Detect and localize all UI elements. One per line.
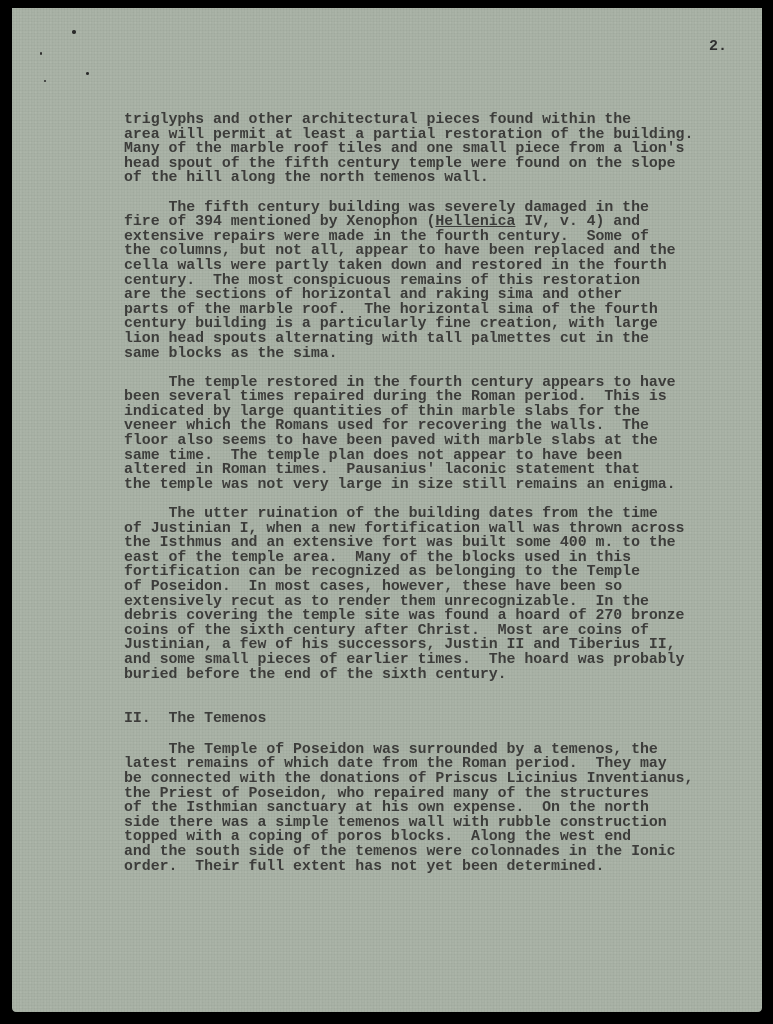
text-line: cella walls were partly taken down and r… bbox=[124, 259, 724, 274]
text-line: the Isthmus and an extensive fort was bu… bbox=[124, 536, 724, 551]
text-line: indicated by large quantities of thin ma… bbox=[124, 405, 724, 420]
section-heading: II. The Temenos bbox=[124, 712, 724, 727]
text-line: order. Their full extent has not yet bee… bbox=[124, 860, 724, 875]
text-line: and the south side of the temenos were c… bbox=[124, 845, 724, 860]
text-line: fire of 394 mentioned by Xenophon (Helle… bbox=[124, 215, 724, 230]
text-line: Justinian, a few of his successors, Just… bbox=[124, 638, 724, 653]
text-segment: IV, v. 4) and bbox=[515, 214, 640, 230]
paragraph-temenos: The Temple of Poseidon was surrounded by… bbox=[124, 743, 724, 874]
text-line: east of the temple area. Many of the blo… bbox=[124, 551, 724, 566]
paragraph-2: The fifth century building was severely … bbox=[124, 201, 724, 362]
text-line: extensively recut as to render them unre… bbox=[124, 595, 724, 610]
text-line: floor also seems to have been paved with… bbox=[124, 434, 724, 449]
ink-speck bbox=[44, 80, 46, 82]
text-line: are the sections of horizontal and rakin… bbox=[124, 288, 724, 303]
paragraph-3: The temple restored in the fourth centur… bbox=[124, 376, 724, 493]
text-line: parts of the marble roof. The horizontal… bbox=[124, 303, 724, 318]
text-line: lion head spouts alternating with tall p… bbox=[124, 332, 724, 347]
text-line: The Temple of Poseidon was surrounded by… bbox=[124, 743, 724, 758]
text-line: of Justinian I, when a new fortification… bbox=[124, 522, 724, 537]
document-body: triglyphs and other architectural pieces… bbox=[124, 113, 724, 889]
text-line: extensive repairs were made in the fourt… bbox=[124, 230, 724, 245]
ink-speck bbox=[40, 52, 42, 55]
text-line: of the hill along the north temenos wall… bbox=[124, 171, 724, 186]
text-line: buried before the end of the sixth centu… bbox=[124, 668, 724, 683]
text-line: head spout of the fifth century temple w… bbox=[124, 157, 724, 172]
text-line: The temple restored in the fourth centur… bbox=[124, 376, 724, 391]
text-segment: fire of 394 mentioned by Xenophon ( bbox=[124, 214, 435, 230]
text-line: topped with a coping of poros blocks. Al… bbox=[124, 830, 724, 845]
text-line: same blocks as the sima. bbox=[124, 347, 724, 362]
text-line: been several times repaired during the R… bbox=[124, 390, 724, 405]
text-line: coins of the sixth century after Christ.… bbox=[124, 624, 724, 639]
text-line: The utter ruination of the building date… bbox=[124, 507, 724, 522]
underlined-title: Hellenica bbox=[435, 214, 515, 230]
ink-speck bbox=[86, 72, 89, 75]
text-line: The fifth century building was severely … bbox=[124, 201, 724, 216]
text-line: century. The most conspicuous remains of… bbox=[124, 274, 724, 289]
text-line: altered in Roman times. Pausanius' lacon… bbox=[124, 463, 724, 478]
text-line: of Poseidon. In most cases, however, the… bbox=[124, 580, 724, 595]
text-line: veneer which the Romans used for recover… bbox=[124, 419, 724, 434]
text-line: latest remains of which date from the Ro… bbox=[124, 757, 724, 772]
text-line: Many of the marble roof tiles and one sm… bbox=[124, 142, 724, 157]
text-line: of the Isthmian sanctuary at his own exp… bbox=[124, 801, 724, 816]
text-line: triglyphs and other architectural pieces… bbox=[124, 113, 724, 128]
text-line: and some small pieces of earlier times. … bbox=[124, 653, 724, 668]
ink-speck bbox=[72, 30, 76, 34]
paragraph-1: triglyphs and other architectural pieces… bbox=[124, 113, 724, 186]
paragraph-4: The utter ruination of the building date… bbox=[124, 507, 724, 682]
text-line: debris covering the temple site was foun… bbox=[124, 609, 724, 624]
page-number: 2. bbox=[709, 38, 727, 55]
text-line: the temple was not very large in size st… bbox=[124, 478, 724, 493]
text-line: century building is a particularly fine … bbox=[124, 317, 724, 332]
text-line: fortification can be recognized as belon… bbox=[124, 565, 724, 580]
text-line: same time. The temple plan does not appe… bbox=[124, 449, 724, 464]
text-line: be connected with the donations of Prisc… bbox=[124, 772, 724, 787]
text-line: the Priest of Poseidon, who repaired man… bbox=[124, 787, 724, 802]
text-line: side there was a simple temenos wall wit… bbox=[124, 816, 724, 831]
text-line: area will permit at least a partial rest… bbox=[124, 128, 724, 143]
text-line: the columns, but not all, appear to have… bbox=[124, 244, 724, 259]
